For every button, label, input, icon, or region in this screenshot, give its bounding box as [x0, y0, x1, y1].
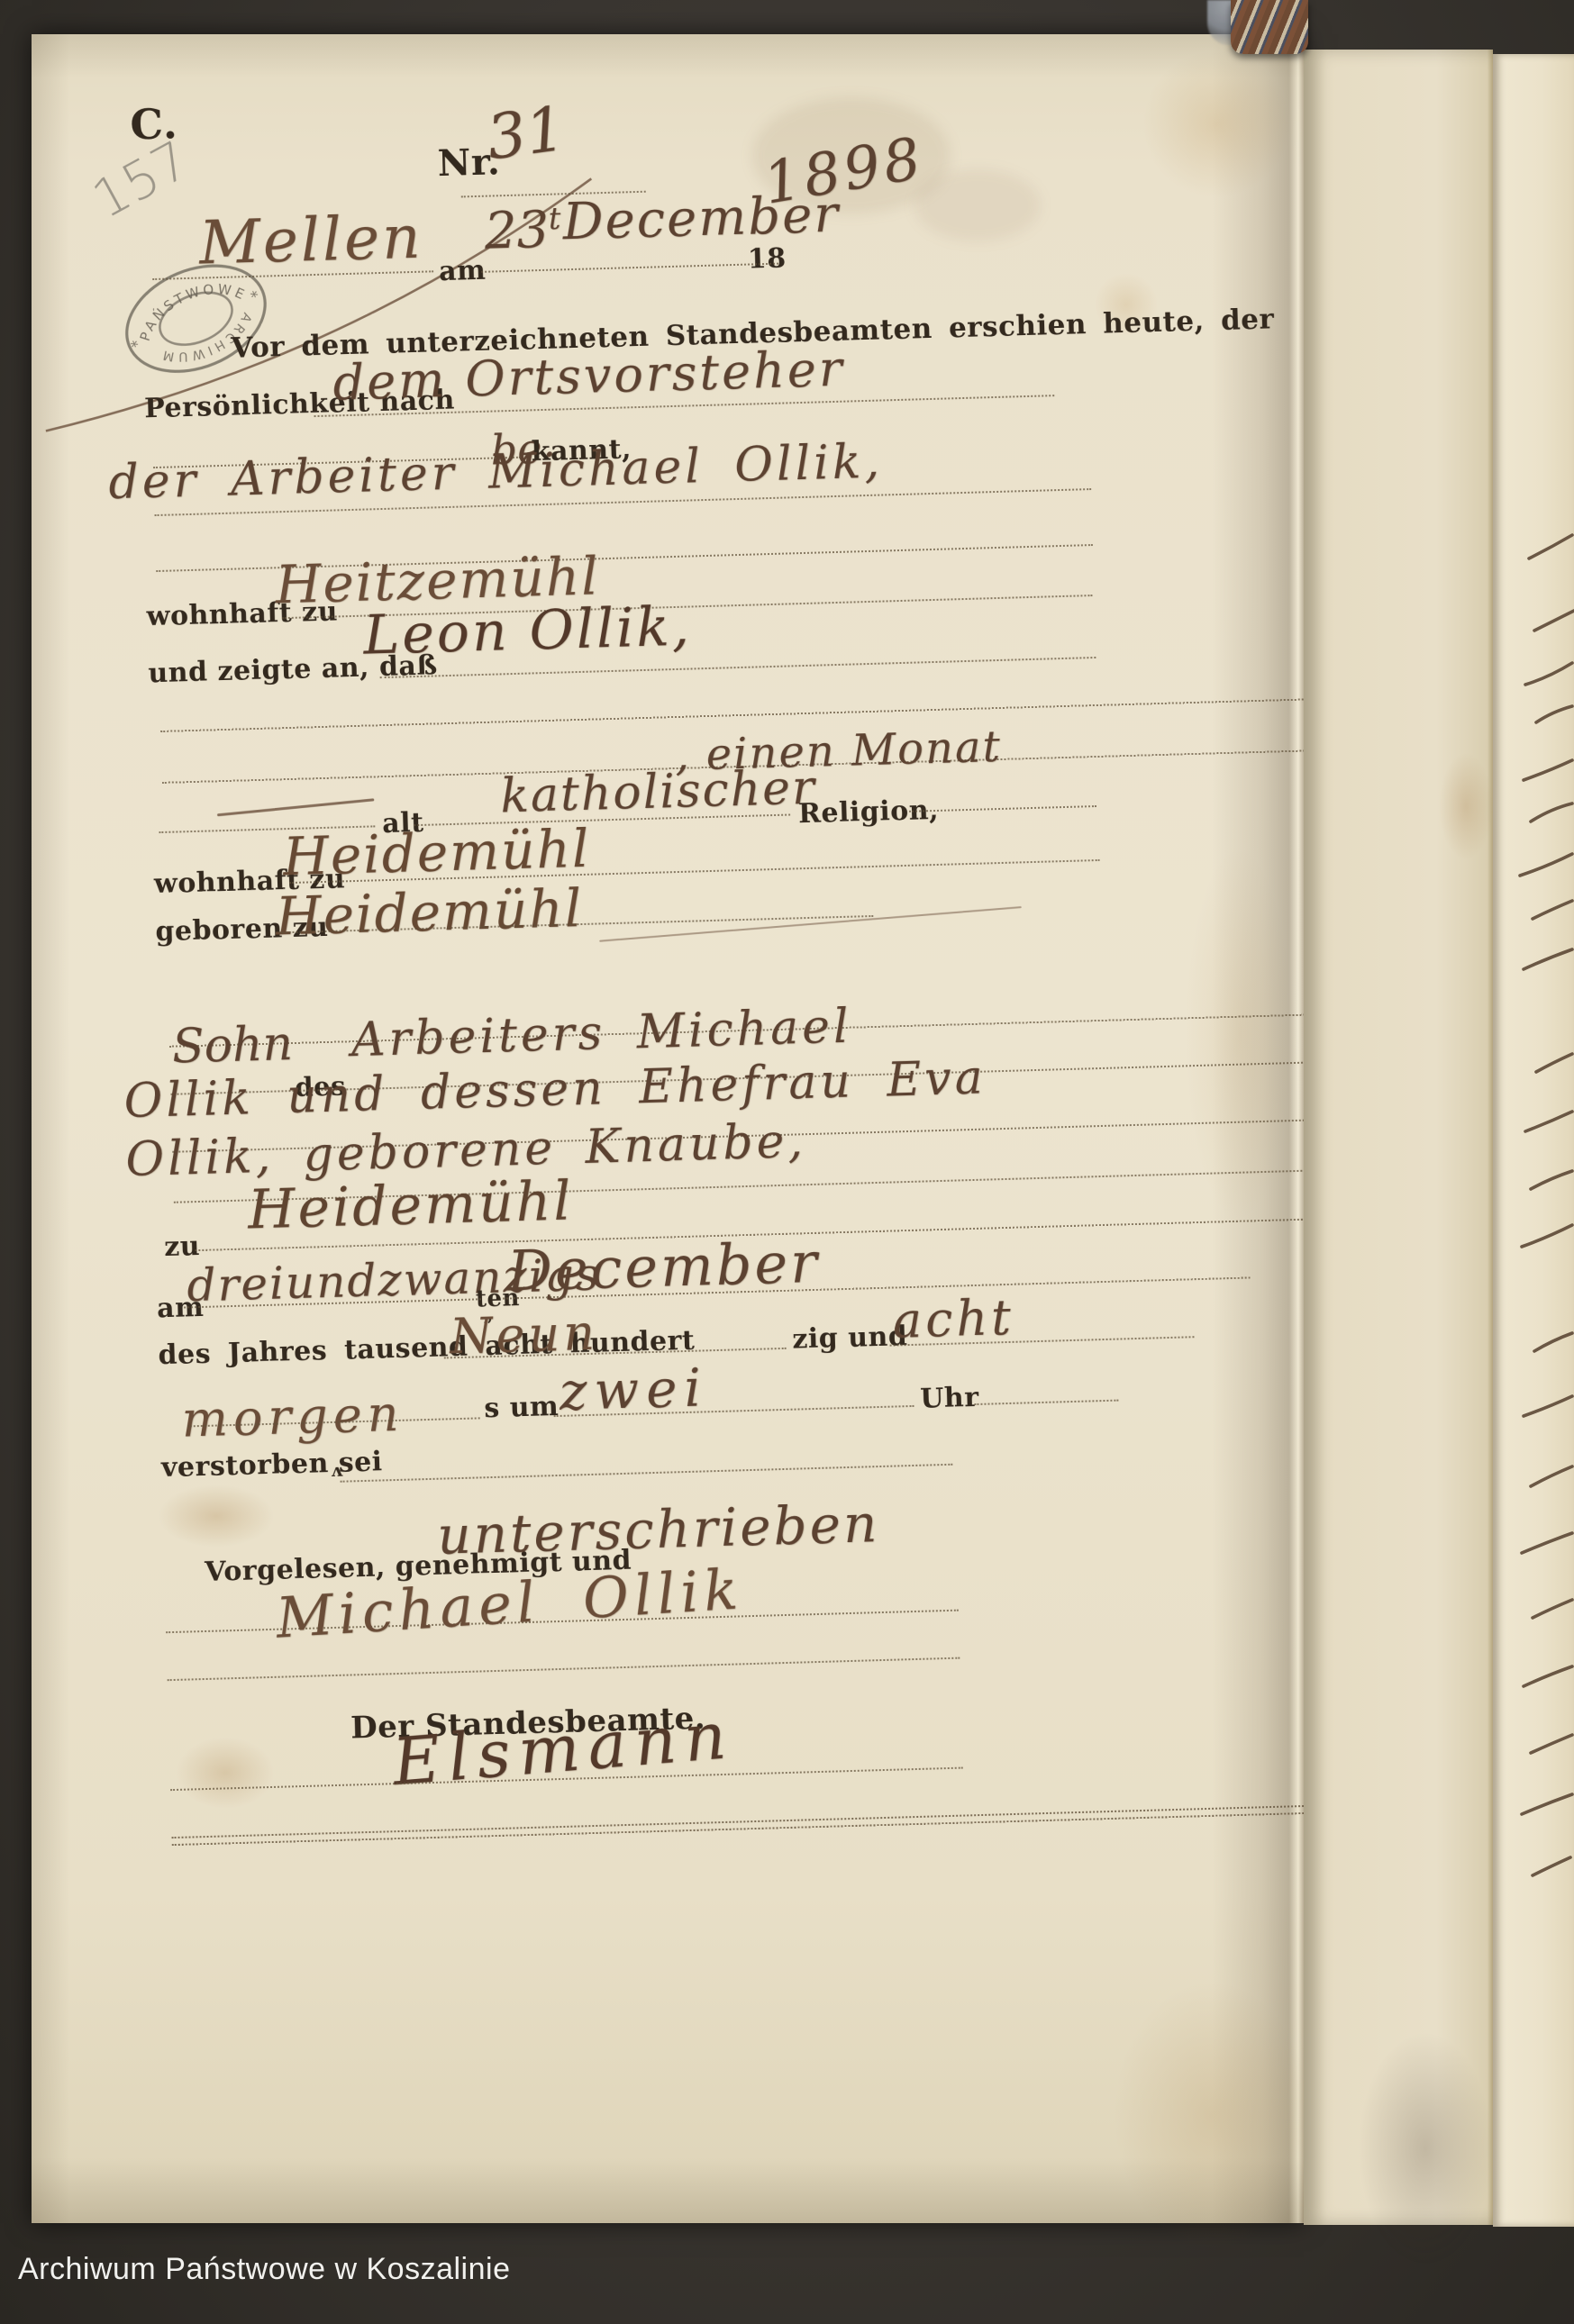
archival-scan: C. 157 PAŃSTWOWE ARCHIWUM * *: [0, 0, 1574, 2324]
zig-und-label: zig und: [792, 1321, 908, 1356]
deceased-handwriting: Leon Ollik,: [362, 595, 692, 667]
ink-stroke: [217, 798, 374, 816]
uhr-label: Uhr: [920, 1382, 979, 1415]
dotted-line: [168, 1657, 960, 1682]
ink-stroke: [1524, 1666, 1572, 1686]
day-suffix: t: [548, 201, 561, 236]
ink-stroke: [1525, 663, 1572, 685]
closing-rule: [172, 1803, 1361, 1846]
am-label: am: [439, 255, 487, 287]
ink-stroke: [1533, 1600, 1572, 1618]
caret-mark: ʌ: [331, 1459, 343, 1481]
geboren-handwriting: Heidemühl: [275, 877, 584, 947]
next-page-edge: [1493, 54, 1574, 2227]
verstorben-label: verstorben sei: [161, 1446, 383, 1484]
registration-place: Mellen: [198, 203, 423, 278]
paper-stain: [1439, 752, 1493, 860]
ink-stroke: [1524, 760, 1572, 780]
ink-stroke: [1533, 901, 1572, 919]
ink-stroke: [1529, 535, 1572, 558]
ink-stroke: [1533, 1857, 1570, 1875]
ink-stroke: [1531, 803, 1572, 822]
ink-stroke: [1524, 1396, 1572, 1416]
form-content: C. 157 PAŃSTWOWE ARCHIWUM * *: [24, 1, 1357, 2224]
archive-watermark: Archiwum Państwowe w Koszalinie: [18, 2252, 510, 2287]
paper-stain: [1358, 2031, 1493, 2265]
daytime-handwriting: morgen: [181, 1385, 405, 1448]
ink-stroke: [1534, 611, 1574, 631]
ink-stroke: [1531, 1466, 1572, 1486]
ink-stroke: [1531, 1735, 1572, 1753]
dotted-line: [341, 1464, 953, 1483]
next-page-handwriting-edge: [1493, 54, 1574, 2227]
ink-stroke: [599, 906, 1022, 942]
day-number: 23: [484, 201, 550, 261]
ink-stroke: [1520, 854, 1572, 876]
registration-year: 1898: [759, 125, 929, 218]
s-um-label: s um: [484, 1391, 560, 1424]
printed-year-prefix: 18: [747, 242, 787, 275]
zu-label: zu: [164, 1230, 201, 1263]
registration-day: 23t: [484, 200, 562, 260]
ink-stroke: [1536, 706, 1572, 722]
document-page: C. 157 PAŃSTWOWE ARCHIWUM * *: [32, 34, 1304, 2223]
adjacent-page: [1304, 50, 1493, 2225]
ink-stroke: [1536, 1054, 1572, 1072]
ink-stroke: [1531, 1171, 1572, 1189]
death-place-handwriting: Heidemühl: [247, 1169, 574, 1241]
religion-label: Religion,: [798, 794, 940, 830]
ink-stroke: [1522, 1794, 1572, 1814]
ink-stroke: [1534, 1333, 1572, 1351]
dotted-line: [160, 697, 1350, 732]
ink-stroke: [1522, 1533, 1572, 1553]
year-ones-handwriting: acht: [892, 1289, 1015, 1349]
son-handwriting: Sohn: [171, 1017, 294, 1075]
ink-stroke: [1525, 1112, 1572, 1131]
dotted-line: [974, 1400, 1118, 1405]
unterschrieben-handwriting: unterschrieben: [436, 1493, 880, 1566]
ink-stroke: [1522, 1225, 1572, 1247]
binding-headband: [1231, 0, 1308, 54]
ink-stroke: [1524, 949, 1572, 969]
nr-value: 31: [483, 94, 569, 175]
